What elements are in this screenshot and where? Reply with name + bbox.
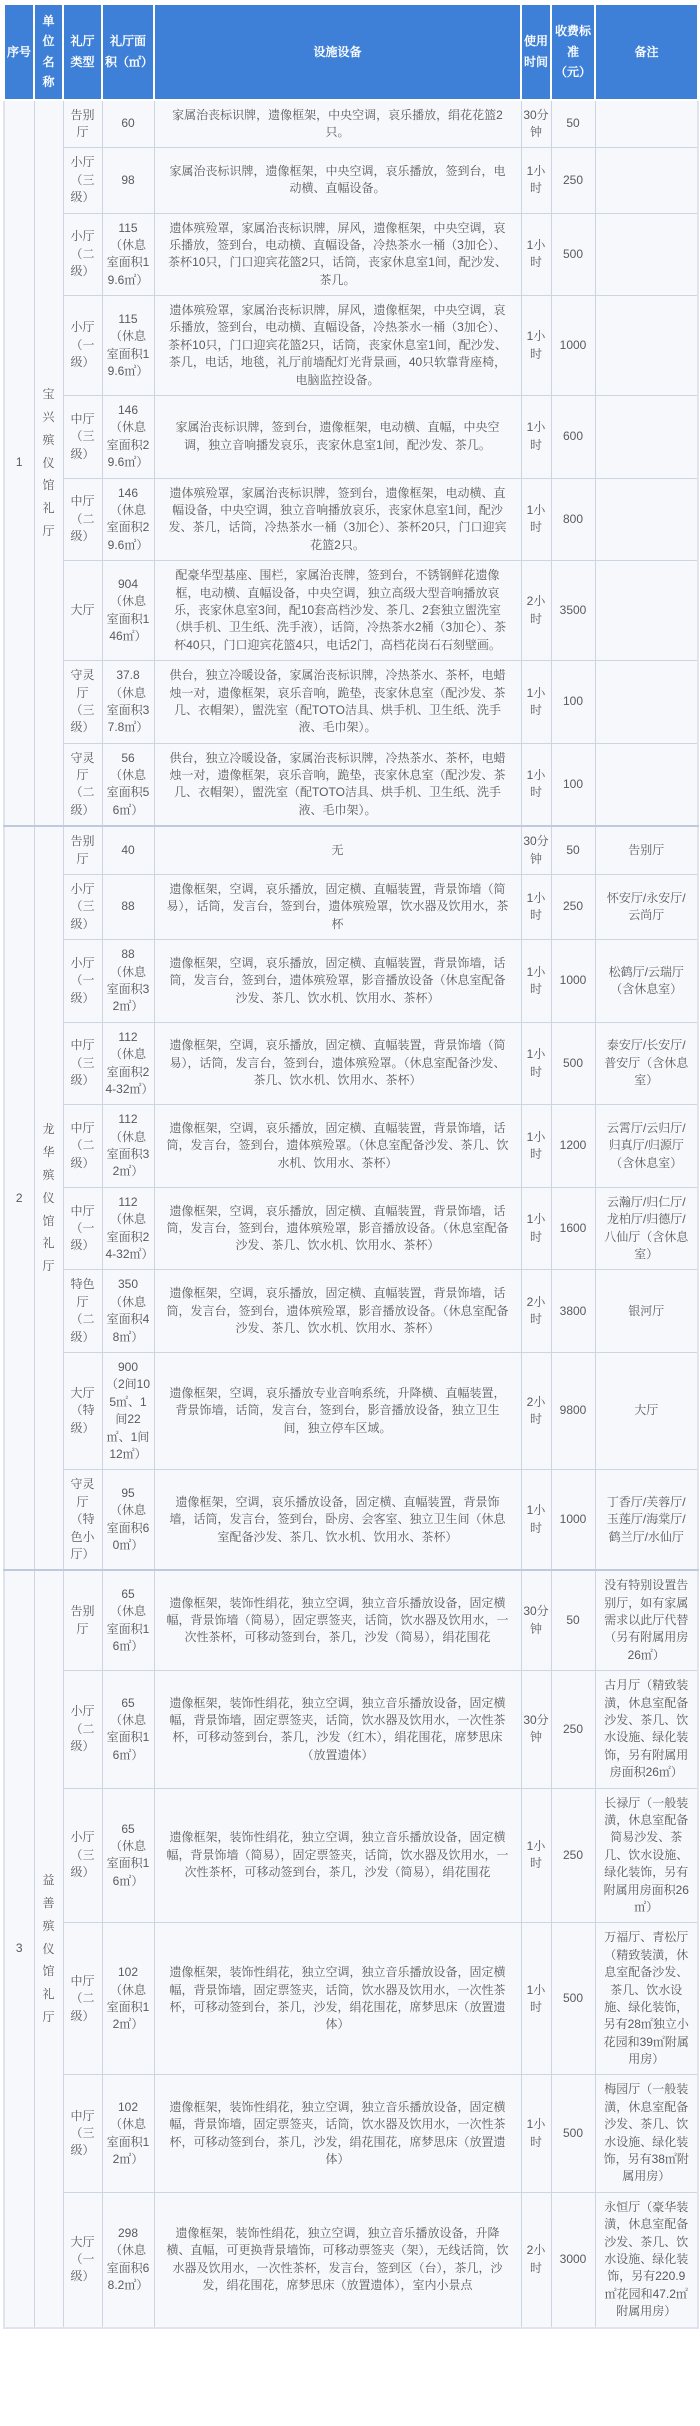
hall-type: 小厅（二级） <box>63 213 102 296</box>
facilities: 遗像框架，空调，哀乐播放设备，固定横、直幅装置，背景饰墙，话筒，发言台，签到台，… <box>154 1470 521 1570</box>
hall-type: 中厅（三级） <box>63 396 102 479</box>
remark: 云霄厅/云归厅/归真厅/归源厅（含休息室） <box>595 1105 698 1188</box>
remark <box>595 396 698 479</box>
remark: 松鹤厅/云瑞厅（含休息室） <box>595 940 698 1023</box>
fee: 500 <box>551 2075 595 2192</box>
header-remark: 备注 <box>595 4 698 100</box>
hall-type: 小厅（三级） <box>63 875 102 940</box>
hall-type: 小厅（三级） <box>63 148 102 213</box>
hall-area: 102 （休息室面积12㎡） <box>102 2075 154 2192</box>
facilities: 遗像框架，空调，哀乐播放，固定横、直幅装置，背景饰墙（简易），话筒，发言台，签到… <box>154 875 521 940</box>
facilities: 家属治丧标识牌，签到台，遗像框架，电动横、直幅，中央空调，独立音响播发哀乐，丧家… <box>154 396 521 479</box>
facilities: 供台，独立冷暖设备，家属治丧标识牌，冷热茶水、茶杯，电蜡烛一对，遗像框架，哀乐音… <box>154 661 521 744</box>
remark: 长禄厅（一般装潢，休息室配备简易沙发、茶几、饮水设施、绿化装饰，另有附属用房面积… <box>595 1788 698 1923</box>
header-fee-standard: 收费标准（元） <box>551 4 595 100</box>
remark: 怀安厅/永安厅/云尚厅 <box>595 875 698 940</box>
header-unit-name: 单位名称 <box>34 4 63 100</box>
remark: 万福厅、青松厅（精致装潢，休息室配备沙发、茶几、饮水设施、绿化装饰，另有28㎡独… <box>595 1923 698 2075</box>
remark <box>595 148 698 213</box>
table-row: 大厅（一级）298 （休息室面积68.2㎡）遗像框架，装饰性绢花，独立空调，独立… <box>4 2192 698 2327</box>
fee: 1200 <box>551 1105 595 1188</box>
remark: 没有特别设置告别厅，如有家属需求以此厅代替（另有附属用房26㎡） <box>595 1570 698 1670</box>
remark: 告别厅 <box>595 826 698 874</box>
table-row: 中厅（三级）102 （休息室面积12㎡）遗像框架，装饰性绢花，独立空调，独立音乐… <box>4 2075 698 2192</box>
hall-area: 88 <box>102 875 154 940</box>
hall-area: 115 （休息室面积19.6㎡） <box>102 296 154 396</box>
usage-time: 1小时 <box>521 148 551 213</box>
hall-type: 小厅（一级） <box>63 296 102 396</box>
header-row: 序号 单位名称 礼厅类型 礼厅面积（㎡） 设施设备 使用时间 收费标准（元） 备… <box>4 4 698 100</box>
usage-time: 30分钟 <box>521 826 551 874</box>
fee-table: 序号 单位名称 礼厅类型 礼厅面积（㎡） 设施设备 使用时间 收费标准（元） 备… <box>3 3 699 2329</box>
hall-area: 40 <box>102 826 154 874</box>
hall-area: 115 （休息室面积19.6㎡） <box>102 213 154 296</box>
hall-type: 告别厅 <box>63 826 102 874</box>
hall-area: 112 （休息室面积24-32㎡） <box>102 1022 154 1105</box>
usage-time: 1小时 <box>521 940 551 1023</box>
facilities: 遗体殡殓罩，家属治丧标识牌，签到台，遗像框架，电动横、直幅设备，中央空调，独立音… <box>154 478 521 561</box>
facilities: 遗像框架，空调，哀乐播放，固定横、直幅装置，背景饰墙，话筒，发言台，签到台，遗体… <box>154 1187 521 1270</box>
remark: 泰安厅/长安厅/普安厅（含休息室） <box>595 1022 698 1105</box>
remark: 永恒厅（豪华装潢，休息室配备沙发、茶几、饮水设施、绿化装饰，另有220.9㎡花园… <box>595 2192 698 2327</box>
hall-type: 大厅 <box>63 561 102 661</box>
table-row: 大厅904 （休息室面积146㎡）配豪华型基座、围栏，家属治丧牌，签到台，不锈钢… <box>4 561 698 661</box>
usage-time: 30分钟 <box>521 1671 551 1788</box>
table-row: 守灵厅（三级）37.8 （休息室面积37.8㎡）供台，独立冷暖设备，家属治丧标识… <box>4 661 698 744</box>
fee: 1000 <box>551 940 595 1023</box>
table-row: 中厅（二级）112 （休息室面积32㎡）遗像框架，空调，哀乐播放，固定横、直幅装… <box>4 1105 698 1188</box>
remark <box>595 100 698 148</box>
fee: 800 <box>551 478 595 561</box>
hall-area: 102 （休息室面积12㎡） <box>102 1923 154 2075</box>
fee: 250 <box>551 1671 595 1788</box>
usage-time: 30分钟 <box>521 100 551 148</box>
hall-area: 95 （休息室面积60㎡） <box>102 1470 154 1570</box>
fee: 1000 <box>551 296 595 396</box>
facilities: 配豪华型基座、围栏，家属治丧牌，签到台，不锈钢鲜花遗像框，电动横、直幅设备，中央… <box>154 561 521 661</box>
usage-time: 1小时 <box>521 1788 551 1923</box>
fee: 3500 <box>551 561 595 661</box>
hall-type: 大厅（特级） <box>63 1353 102 1470</box>
hall-type: 中厅（二级） <box>63 1923 102 2075</box>
unit-name: 宝兴殡仪馆礼厅 <box>34 100 63 827</box>
facilities: 遗像框架，装饰性绢花，独立空调，独立音乐播放设备，固定横幅，背景饰墙（简易），固… <box>154 1570 521 1670</box>
remark: 银河厅 <box>595 1270 698 1353</box>
hall-type: 中厅（二级） <box>63 478 102 561</box>
hall-area: 88 （休息室面积32㎡） <box>102 940 154 1023</box>
hall-type: 小厅（三级） <box>63 1788 102 1923</box>
usage-time: 2小时 <box>521 1270 551 1353</box>
hall-area: 98 <box>102 148 154 213</box>
row-number: 2 <box>4 826 34 1570</box>
header-hall-area: 礼厅面积（㎡） <box>102 4 154 100</box>
fee: 250 <box>551 148 595 213</box>
table-row: 中厅（二级）102 （休息室面积12㎡）遗像框架，装饰性绢花，独立空调，独立音乐… <box>4 1923 698 2075</box>
hall-type: 告别厅 <box>63 100 102 148</box>
hall-area: 298 （休息室面积68.2㎡） <box>102 2192 154 2327</box>
remark <box>595 296 698 396</box>
table-row: 特色厅（二级）350 （休息室面积48㎡）遗像框架，空调，哀乐播放，固定横、直幅… <box>4 1270 698 1353</box>
remark <box>595 561 698 661</box>
table-row: 小厅（一级）115 （休息室面积19.6㎡）遗体殡殓罩，家属治丧标识牌，屏风，遗… <box>4 296 698 396</box>
table-row: 小厅（三级）65 （休息室面积16㎡）遗像框架，装饰性绢花，独立空调，独立音乐播… <box>4 1788 698 1923</box>
fee: 50 <box>551 826 595 874</box>
hall-type: 中厅（一级） <box>63 1187 102 1270</box>
usage-time: 1小时 <box>521 1923 551 2075</box>
usage-time: 1小时 <box>521 2075 551 2192</box>
facilities: 遗像框架，装饰性绢花，独立空调，独立音乐播放设备，固定横幅，背景饰墙，固定票签夹… <box>154 1671 521 1788</box>
usage-time: 2小时 <box>521 1353 551 1470</box>
page: 序号 单位名称 礼厅类型 礼厅面积（㎡） 设施设备 使用时间 收费标准（元） 备… <box>0 0 700 2332</box>
fee: 3000 <box>551 2192 595 2327</box>
table-row: 小厅（三级）98家属治丧标识牌，遗像框架，中央空调，哀乐播放，签到台，电动横、直… <box>4 148 698 213</box>
remark: 梅园厅（一般装潢，休息室配备沙发、茶几、饮水设施、绿化装饰，另有38㎡附属用房） <box>595 2075 698 2192</box>
remark: 丁香厅/芙蓉厅/玉莲厅/海棠厅/鹤兰厅/水仙厅 <box>595 1470 698 1570</box>
hall-type: 小厅（二级） <box>63 1671 102 1788</box>
table-row: 小厅（三级）88遗像框架，空调，哀乐播放，固定横、直幅装置，背景饰墙（简易），话… <box>4 875 698 940</box>
fee: 600 <box>551 396 595 479</box>
hall-type: 守灵厅（三级） <box>63 661 102 744</box>
remark: 古月厅（精致装潢，休息室配备沙发、茶几、饮水设施、绿化装饰，另有附属用房面积26… <box>595 1671 698 1788</box>
hall-area: 112 （休息室面积32㎡） <box>102 1105 154 1188</box>
remark <box>595 743 698 826</box>
table-row: 小厅（一级）88 （休息室面积32㎡）遗像框架，空调，哀乐播放，固定横、直幅装置… <box>4 940 698 1023</box>
facilities: 遗体殡殓罩，家属治丧标识牌，屏风，遗像框架，中央空调，哀乐播放，签到台，电动横、… <box>154 296 521 396</box>
hall-area: 350 （休息室面积48㎡） <box>102 1270 154 1353</box>
header-usage-time: 使用时间 <box>521 4 551 100</box>
usage-time: 1小时 <box>521 1105 551 1188</box>
remark <box>595 478 698 561</box>
remark <box>595 213 698 296</box>
table-header: 序号 单位名称 礼厅类型 礼厅面积（㎡） 设施设备 使用时间 收费标准（元） 备… <box>4 4 698 100</box>
row-number: 3 <box>4 1570 34 2327</box>
fee: 9800 <box>551 1353 595 1470</box>
facilities: 遗体殡殓罩，家属治丧标识牌，屏风，遗像框架，中央空调，哀乐播放，签到台，电动横、… <box>154 213 521 296</box>
usage-time: 1小时 <box>521 1470 551 1570</box>
hall-area: 60 <box>102 100 154 148</box>
hall-area: 146 （休息室面积29.6㎡） <box>102 396 154 479</box>
table-row: 中厅（二级）146 （休息室面积29.6㎡）遗体殡殓罩，家属治丧标识牌，签到台，… <box>4 478 698 561</box>
table-row: 中厅（一级）112 （休息室面积24-32㎡）遗像框架，空调，哀乐播放，固定横、… <box>4 1187 698 1270</box>
usage-time: 1小时 <box>521 661 551 744</box>
table-row: 小厅（二级）65 （休息室面积16㎡）遗像框架，装饰性绢花，独立空调，独立音乐播… <box>4 1671 698 1788</box>
hall-area: 65 （休息室面积16㎡） <box>102 1788 154 1923</box>
header-no: 序号 <box>4 4 34 100</box>
hall-type: 大厅（一级） <box>63 2192 102 2327</box>
usage-time: 1小时 <box>521 875 551 940</box>
hall-area: 112 （休息室面积24-32㎡） <box>102 1187 154 1270</box>
hall-type: 守灵厅（二级） <box>63 743 102 826</box>
remark: 云瀚厅/归仁厅/龙柏厅/归德厅/八仙厅（含休息室） <box>595 1187 698 1270</box>
table-row: 守灵厅（特色小厅）95 （休息室面积60㎡）遗像框架，空调，哀乐播放设备，固定横… <box>4 1470 698 1570</box>
hall-type: 特色厅（二级） <box>63 1270 102 1353</box>
usage-time: 1小时 <box>521 1022 551 1105</box>
header-facilities: 设施设备 <box>154 4 521 100</box>
hall-type: 中厅（三级） <box>63 2075 102 2192</box>
usage-time: 1小时 <box>521 1187 551 1270</box>
fee: 250 <box>551 875 595 940</box>
table-row: 中厅（三级）112 （休息室面积24-32㎡）遗像框架，空调，哀乐播放，固定横、… <box>4 1022 698 1105</box>
facilities: 无 <box>154 826 521 874</box>
usage-time: 1小时 <box>521 213 551 296</box>
usage-time: 1小时 <box>521 296 551 396</box>
hall-area: 900 （2间105㎡、1间22㎡、1间12㎡） <box>102 1353 154 1470</box>
table-row: 大厅（特级）900 （2间105㎡、1间22㎡、1间12㎡）遗像框架，空调，哀乐… <box>4 1353 698 1470</box>
facilities: 遗像框架，空调，哀乐播放，固定横、直幅装置，背景饰墙，话筒，发言台，签到台，遗体… <box>154 1270 521 1353</box>
facilities: 遗像框架，装饰性绢花，独立空调，独立音乐播放设备，固定横幅，背景饰墙，固定票签夹… <box>154 2075 521 2192</box>
fee: 500 <box>551 1923 595 2075</box>
unit-name: 益善殡仪馆礼厅 <box>34 1570 63 2327</box>
facilities: 供台，独立冷暖设备，家属治丧标识牌，冷热茶水、茶杯，电蜡烛一对，遗像框架，哀乐音… <box>154 743 521 826</box>
fee: 100 <box>551 661 595 744</box>
unit-name: 龙华殡仪馆礼厅 <box>34 826 63 1570</box>
facilities: 遗像框架，空调，哀乐播放，固定横、直幅装置，背景饰墙（简易），话筒，发言台，签到… <box>154 1022 521 1105</box>
table-row: 1宝兴殡仪馆礼厅告别厅60家属治丧标识牌，遗像框架，中央空调，哀乐播放，绢花花篮… <box>4 100 698 148</box>
hall-type: 中厅（三级） <box>63 1022 102 1105</box>
fee: 500 <box>551 1022 595 1105</box>
hall-area: 65 （休息室面积16㎡） <box>102 1671 154 1788</box>
facilities: 遗像框架，空调，哀乐播放专业音响系统，升降横、直幅装置，背景饰墙，话筒，发言台，… <box>154 1353 521 1470</box>
usage-time: 1小时 <box>521 396 551 479</box>
hall-area: 37.8 （休息室面积37.8㎡） <box>102 661 154 744</box>
usage-time: 30分钟 <box>521 1570 551 1670</box>
table-row: 3益善殡仪馆礼厅告别厅65 （休息室面积16㎡）遗像框架，装饰性绢花，独立空调，… <box>4 1570 698 1670</box>
hall-type: 守灵厅（特色小厅） <box>63 1470 102 1570</box>
table-row: 守灵厅（二级）56 （休息室面积56㎡）供台，独立冷暖设备，家属治丧标识牌，冷热… <box>4 743 698 826</box>
hall-type: 中厅（二级） <box>63 1105 102 1188</box>
remark: 大厅 <box>595 1353 698 1470</box>
fee: 500 <box>551 213 595 296</box>
table-row: 小厅（二级）115 （休息室面积19.6㎡）遗体殡殓罩，家属治丧标识牌，屏风，遗… <box>4 213 698 296</box>
usage-time: 2小时 <box>521 2192 551 2327</box>
fee: 50 <box>551 1570 595 1670</box>
facilities: 家属治丧标识牌，遗像框架，中央空调，哀乐播放，绢花花篮2只。 <box>154 100 521 148</box>
table-row: 2龙华殡仪馆礼厅告别厅40无30分钟50告别厅 <box>4 826 698 874</box>
fee: 1000 <box>551 1470 595 1570</box>
facilities: 遗像框架，装饰性绢花，独立空调，独立音乐播放设备，固定横幅，背景饰墙，固定票签夹… <box>154 1923 521 2075</box>
table-body: 1宝兴殡仪馆礼厅告别厅60家属治丧标识牌，遗像框架，中央空调，哀乐播放，绢花花篮… <box>4 100 698 2328</box>
row-number: 1 <box>4 100 34 827</box>
fee: 250 <box>551 1788 595 1923</box>
hall-type: 小厅（一级） <box>63 940 102 1023</box>
facilities: 遗像框架，装饰性绢花，独立空调，独立音乐播放设备，固定横幅，背景饰墙（简易），固… <box>154 1788 521 1923</box>
header-hall-type: 礼厅类型 <box>63 4 102 100</box>
hall-area: 146 （休息室面积29.6㎡） <box>102 478 154 561</box>
usage-time: 1小时 <box>521 743 551 826</box>
fee: 3800 <box>551 1270 595 1353</box>
facilities: 遗像框架，空调，哀乐播放，固定横、直幅装置，背景饰墙，话筒，发言台，签到台，遗体… <box>154 1105 521 1188</box>
facilities: 家属治丧标识牌，遗像框架，中央空调，哀乐播放，签到台，电动横、直幅设备。 <box>154 148 521 213</box>
table-row: 中厅（三级）146 （休息室面积29.6㎡）家属治丧标识牌，签到台，遗像框架，电… <box>4 396 698 479</box>
hall-area: 65 （休息室面积16㎡） <box>102 1570 154 1670</box>
hall-type: 告别厅 <box>63 1570 102 1670</box>
hall-area: 904 （休息室面积146㎡） <box>102 561 154 661</box>
facilities: 遗像框架，空调，哀乐播放，固定横、直幅装置，背景饰墙，话筒，发言台，签到台，遗体… <box>154 940 521 1023</box>
hall-area: 56 （休息室面积56㎡） <box>102 743 154 826</box>
remark <box>595 661 698 744</box>
fee: 100 <box>551 743 595 826</box>
usage-time: 2小时 <box>521 561 551 661</box>
usage-time: 1小时 <box>521 478 551 561</box>
facilities: 遗像框架，装饰性绢花，独立空调，独立音乐播放设备，升降横、直幅，可更换背景墙饰，… <box>154 2192 521 2327</box>
fee: 1600 <box>551 1187 595 1270</box>
fee: 50 <box>551 100 595 148</box>
